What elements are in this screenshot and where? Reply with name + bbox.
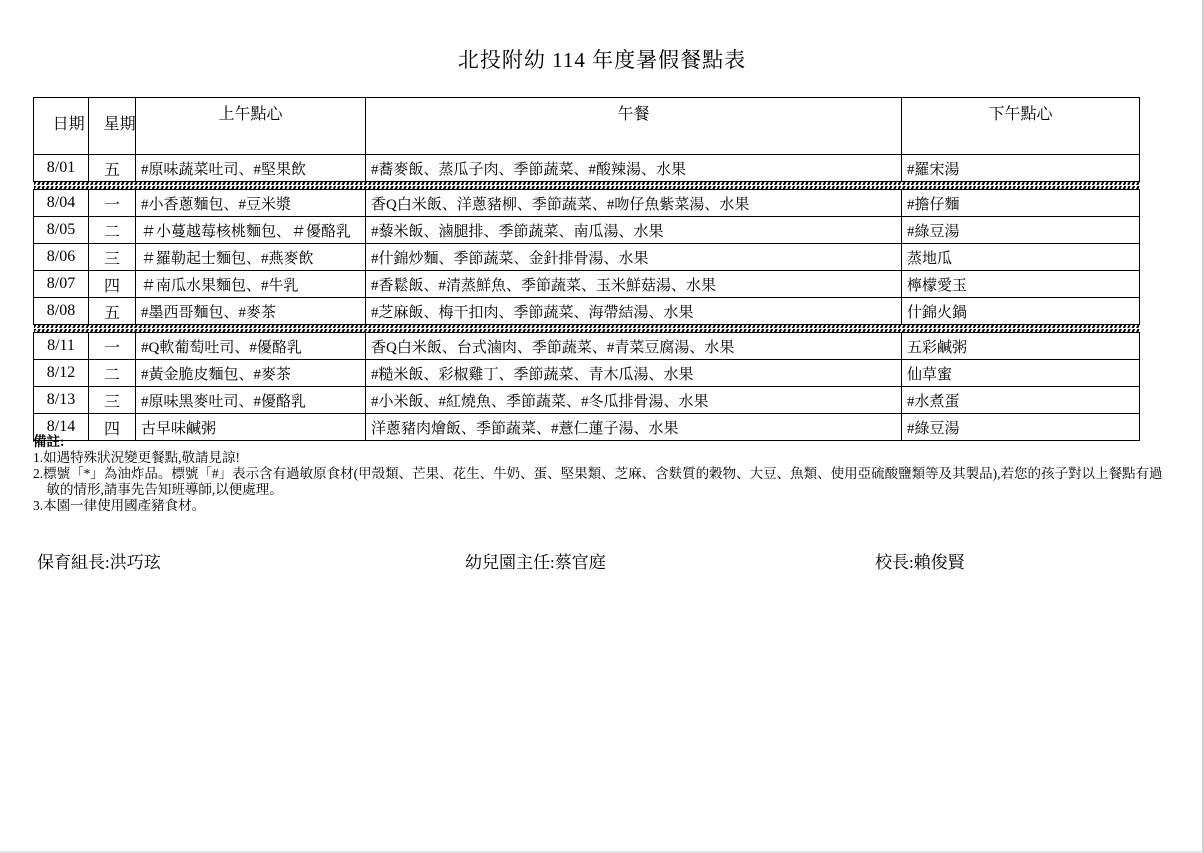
afternoon-snack-cell: 什錦火鍋 [902, 298, 1140, 325]
weekday-cell: 四 [89, 271, 136, 298]
date-cell: 8/12 [34, 360, 89, 387]
notes-section: 備註: 1.如遇特殊狀況變更餐點,敬請見諒! 2.標號「*」為油炸品。標號「#」… [33, 434, 1173, 514]
note-item: 2.標號「*」為油炸品。標號「#」表示含有過敏原食材(甲殼類、芒果、花生、牛奶、… [33, 466, 1173, 498]
header-weekday: 星期 [89, 98, 136, 155]
table-row: 8/06 三 ＃羅勒起士麵包、#燕麥飲 #什錦炒麵、季節蔬菜、金針排骨湯、水果 … [34, 244, 1140, 271]
date-cell: 8/06 [34, 244, 89, 271]
note-item: 1.如遇特殊狀況變更餐點,敬請見諒! [33, 450, 1173, 466]
page-title: 北投附幼 114 年度暑假餐點表 [0, 44, 1204, 74]
morning-snack-cell: #小香蔥麵包、#豆米漿 [136, 190, 366, 217]
weekday-cell: 二 [89, 360, 136, 387]
date-cell: 8/04 [34, 190, 89, 217]
afternoon-snack-cell: 檸檬愛玉 [902, 271, 1140, 298]
table-row: 8/01 五 #原味蔬菜吐司、#堅果飲 #蕎麥飯、蒸瓜子肉、季節蔬菜、#酸辣湯、… [34, 155, 1140, 182]
meal-menu-table: 日期 星期 上午點心 午餐 下午點心 8/01 五 #原味蔬菜吐司、#堅果飲 #… [33, 97, 1140, 441]
afternoon-snack-cell: 仙草蜜 [902, 360, 1140, 387]
morning-snack-cell: #Q軟葡萄吐司、#優酪乳 [136, 333, 366, 360]
table-row: 8/07 四 ＃南瓜水果麵包、#牛乳 #香鬆飯、#清蒸鮮魚、季節蔬菜、玉米鮮菇湯… [34, 271, 1140, 298]
table-header-row: 日期 星期 上午點心 午餐 下午點心 [34, 98, 1140, 155]
header-afternoon-snack: 下午點心 [902, 98, 1140, 155]
lunch-cell: 香Q白米飯、台式滷肉、季節蔬菜、#青菜豆腐湯、水果 [366, 333, 902, 360]
weekday-cell: 五 [89, 298, 136, 325]
table-row: 8/08 五 #墨西哥麵包、#麥茶 #芝麻飯、梅干扣肉、季節蔬菜、海帶結湯、水果… [34, 298, 1140, 325]
weekday-cell: 三 [89, 244, 136, 271]
weekday-cell: 五 [89, 155, 136, 182]
table-row: 8/04 一 #小香蔥麵包、#豆米漿 香Q白米飯、洋蔥豬柳、季節蔬菜、#吻仔魚紫… [34, 190, 1140, 217]
lunch-cell: #什錦炒麵、季節蔬菜、金針排骨湯、水果 [366, 244, 902, 271]
table-row: 8/11 一 #Q軟葡萄吐司、#優酪乳 香Q白米飯、台式滷肉、季節蔬菜、#青菜豆… [34, 333, 1140, 360]
date-cell: 8/13 [34, 387, 89, 414]
week-separator-band [34, 182, 1140, 190]
table-row: 8/12 二 #黃金脆皮麵包、#麥茶 #糙米飯、彩椒雞丁、季節蔬菜、青木瓜湯、水… [34, 360, 1140, 387]
lunch-cell: #藜米飯、滷腿排、季節蔬菜、南瓜湯、水果 [366, 217, 902, 244]
morning-snack-cell: ＃小蔓越莓核桃麵包、＃優酪乳 [136, 217, 366, 244]
date-cell: 8/01 [34, 155, 89, 182]
morning-snack-cell: ＃羅勒起士麵包、#燕麥飲 [136, 244, 366, 271]
date-cell: 8/07 [34, 271, 89, 298]
lunch-cell: #糙米飯、彩椒雞丁、季節蔬菜、青木瓜湯、水果 [366, 360, 902, 387]
lunch-cell: #蕎麥飯、蒸瓜子肉、季節蔬菜、#酸辣湯、水果 [366, 155, 902, 182]
date-cell: 8/05 [34, 217, 89, 244]
header-date: 日期 [34, 98, 89, 155]
note-item: 3.本園一律使用國產豬食材。 [33, 498, 1173, 514]
lunch-cell: #芝麻飯、梅干扣肉、季節蔬菜、海帶結湯、水果 [366, 298, 902, 325]
weekday-cell: 一 [89, 190, 136, 217]
morning-snack-cell: #墨西哥麵包、#麥茶 [136, 298, 366, 325]
afternoon-snack-cell: #水煮蛋 [902, 387, 1140, 414]
weekday-cell: 三 [89, 387, 136, 414]
morning-snack-cell: ＃南瓜水果麵包、#牛乳 [136, 271, 366, 298]
date-cell: 8/08 [34, 298, 89, 325]
week-separator-band [34, 325, 1140, 333]
afternoon-snack-cell: 蒸地瓜 [902, 244, 1140, 271]
document-page: { "title": "北投附幼 114 年度暑假餐點表", "table": … [0, 0, 1204, 853]
lunch-cell: 香Q白米飯、洋蔥豬柳、季節蔬菜、#吻仔魚紫菜湯、水果 [366, 190, 902, 217]
signature-director: 幼兒園主任:蔡官庭 [465, 548, 606, 573]
afternoon-snack-cell: 五彩鹹粥 [902, 333, 1140, 360]
notes-heading: 備註: [33, 434, 1173, 450]
lunch-cell: #小米飯、#紅燒魚、季節蔬菜、#冬瓜排骨湯、水果 [366, 387, 902, 414]
signature-care-leader: 保育組長:洪巧玹 [37, 548, 161, 573]
weekday-cell: 二 [89, 217, 136, 244]
header-morning-snack: 上午點心 [136, 98, 366, 155]
morning-snack-cell: #黃金脆皮麵包、#麥茶 [136, 360, 366, 387]
weekday-cell: 一 [89, 333, 136, 360]
signature-principal: 校長:賴俊賢 [875, 548, 965, 573]
afternoon-snack-cell: #綠豆湯 [902, 217, 1140, 244]
afternoon-snack-cell: #羅宋湯 [902, 155, 1140, 182]
table-row: 8/05 二 ＃小蔓越莓核桃麵包、＃優酪乳 #藜米飯、滷腿排、季節蔬菜、南瓜湯、… [34, 217, 1140, 244]
table-row: 8/13 三 #原味黑麥吐司、#優酪乳 #小米飯、#紅燒魚、季節蔬菜、#冬瓜排骨… [34, 387, 1140, 414]
morning-snack-cell: #原味黑麥吐司、#優酪乳 [136, 387, 366, 414]
morning-snack-cell: #原味蔬菜吐司、#堅果飲 [136, 155, 366, 182]
lunch-cell: #香鬆飯、#清蒸鮮魚、季節蔬菜、玉米鮮菇湯、水果 [366, 271, 902, 298]
header-lunch: 午餐 [366, 98, 902, 155]
date-cell: 8/11 [34, 333, 89, 360]
afternoon-snack-cell: #擔仔麵 [902, 190, 1140, 217]
signature-line: 保育組長:洪巧玹 幼兒園主任:蔡官庭 校長:賴俊賢 [0, 548, 1204, 572]
